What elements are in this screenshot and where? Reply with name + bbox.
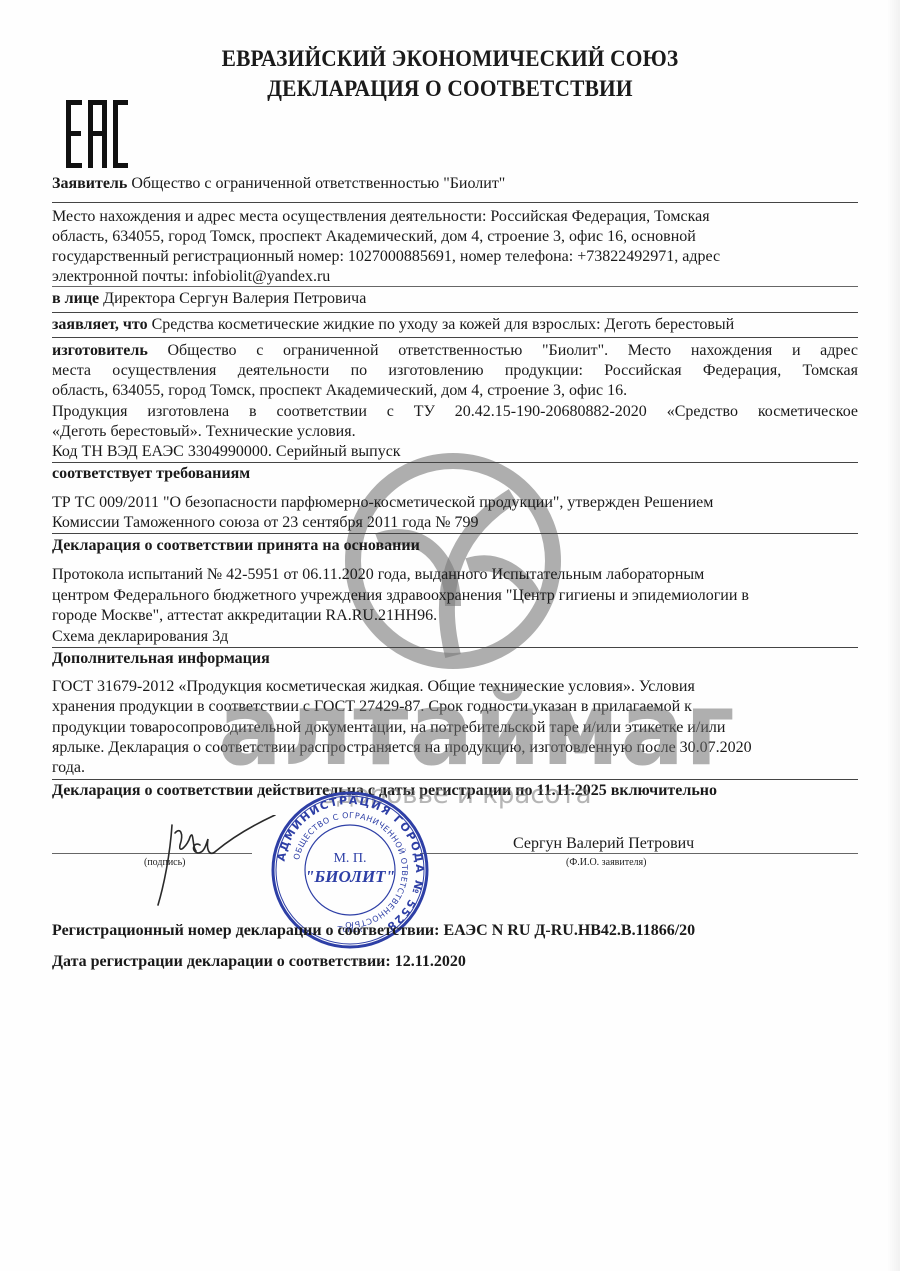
manufacturer-label: изготовитель [52,342,148,359]
manufacturer-line-2: места осуществления деятельности по изго… [52,361,858,381]
requirements-line-2: Комиссии Таможенного союза от 23 сентябр… [52,513,479,533]
declares-row: заявляет, что Средства косметические жид… [52,315,734,335]
registration-number-row: Регистрационный номер декларации о соотв… [52,921,695,941]
rule [52,462,858,463]
signature-scribble [150,815,280,910]
represented-by-row: в лице Директора Сергун Валерия Петрович… [52,289,366,309]
additional-label: Дополнительная информация [52,649,270,669]
eac-mark-icon [66,100,128,168]
manufacturer-line-3: область, 634055, город Томск, проспект А… [52,381,627,401]
rule [52,202,858,203]
signer-caption: (Ф.И.О. заявителя) [566,857,646,868]
declaration-page: ЕВРАЗИЙСКИЙ ЭКОНОМИЧЕСКИЙ СОЮЗ ДЕКЛАРАЦИ… [0,0,900,1271]
address-line-2: область, 634055, город Томск, проспект А… [52,227,696,247]
product-description: Средства косметические жидкие по уходу з… [152,316,735,333]
address-line-4: электронной почты: infobiolit@yandex.ru [52,267,330,287]
rule [52,647,858,648]
rule [52,337,858,338]
basis-line-1: Протокола испытаний № 42-5951 от 06.11.2… [52,565,704,585]
tu-line-1: Продукция изготовлена в соответствии с Т… [52,402,858,422]
basis-line-2: центром Федерального бюджетного учрежден… [52,586,749,606]
additional-line-3: продукции товаросопроводительной докумен… [52,718,725,738]
registration-date-value: 12.11.2020 [395,953,466,970]
manufacturer-value: Общество с ограниченной ответственностью… [167,342,858,359]
rule [52,779,858,780]
rule [52,286,858,287]
registration-date-row: Дата регистрации декларации о соответств… [52,952,466,972]
applicant-row: Заявитель Общество с ограниченной ответс… [52,174,505,194]
stamp-mp: М. П. [333,851,366,866]
basis-line-3: городе Москве", аттестат аккредитации RA… [52,606,437,626]
additional-line-2: хранения продукции в соответствии с ГОСТ… [52,697,692,717]
rule [52,533,858,534]
basis-label: Декларация о соответствии принята на осн… [52,536,420,556]
signer-name: Сергун Валерий Петрович [513,834,694,854]
additional-line-4: ярлыке. Декларация о соответствии распро… [52,738,752,758]
represented-by-value: Директора Сергун Валерия Петровича [103,290,366,307]
address-line-1: Место нахождения и адрес места осуществл… [52,207,710,227]
hs-code-line: Код ТН ВЭД ЕАЭС 3304990000. Серийный вып… [52,442,401,462]
requirements-label: соответствует требованиям [52,464,250,484]
stamp-name: "БИОЛИТ" [305,867,395,886]
tu-line-2: «Деготь берестовый». Технические условия… [52,422,356,442]
additional-line-5: года. [52,758,85,778]
applicant-value: Общество с ограниченной ответственностью… [131,175,505,192]
declaration-scheme: Схема декларирования 3д [52,627,228,647]
requirements-line-1: ТР ТС 009/2011 "О безопасности парфюмерн… [52,493,713,513]
declares-label: заявляет, что [52,316,148,333]
rule [52,312,858,313]
document-title: ДЕКЛАРАЦИЯ О СООТВЕТСТВИИ [32,76,869,102]
represented-by-label: в лице [52,290,99,307]
address-line-3: государственный регистрационный номер: 1… [52,247,720,267]
manufacturer-line-1: изготовитель Общество с ограниченной отв… [52,341,858,361]
registration-date-label: Дата регистрации декларации о соответств… [52,953,391,970]
union-title: ЕВРАЗИЙСКИЙ ЭКОНОМИЧЕСКИЙ СОЮЗ [32,46,869,72]
additional-line-1: ГОСТ 31679-2012 «Продукция косметическая… [52,677,695,697]
applicant-label: Заявитель [52,175,127,192]
page-edge-shadow [886,0,900,1271]
leaf-circle-watermark-icon [338,446,568,676]
registration-number-label: Регистрационный номер декларации о соотв… [52,922,439,939]
registration-number-value: ЕАЭС N RU Д-RU.НВ42.В.11866/20 [443,922,695,939]
